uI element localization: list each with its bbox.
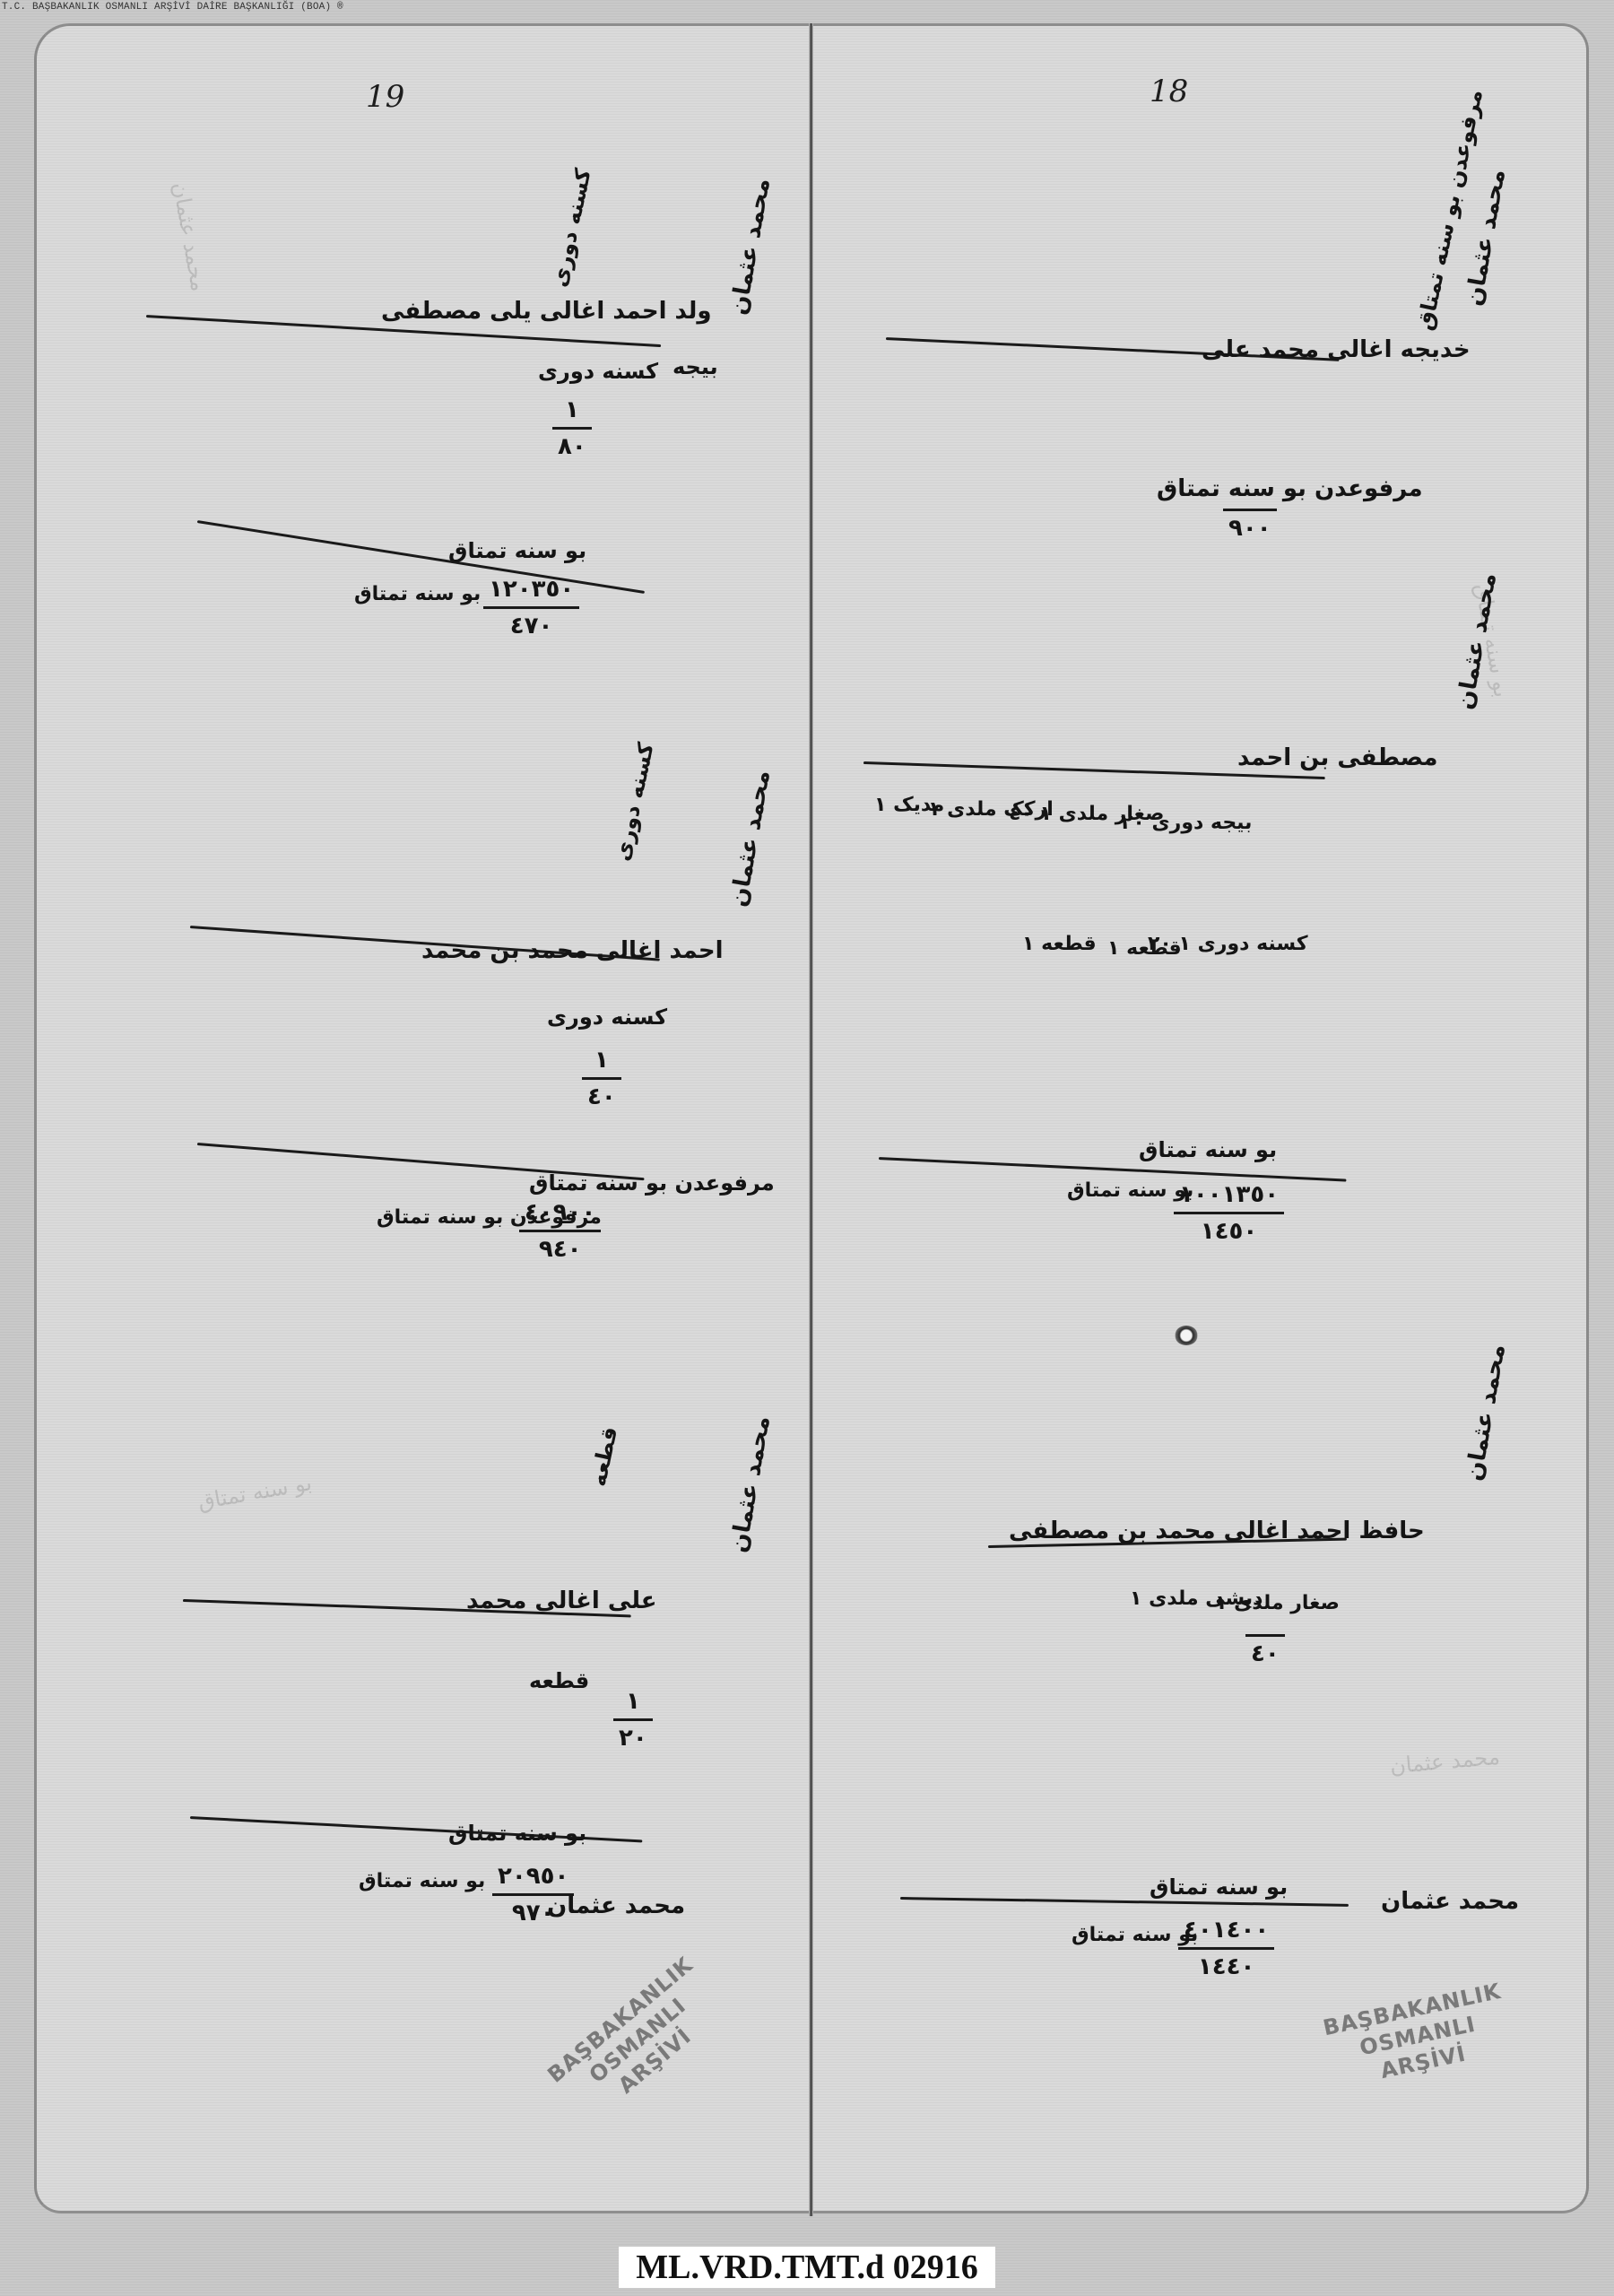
total-label: بو سنه تمتاق <box>448 538 586 563</box>
total-figures: ٤٠٩٠٠٩٤٠ <box>525 1197 595 1265</box>
entry-name-line: مصطفی بن احمد <box>1237 744 1437 771</box>
entry-item-value: ۱۸۰ <box>558 395 586 462</box>
entry-item-value: ٤٠ <box>1251 1632 1280 1669</box>
entry-item: دیشی ملدی ۱ <box>1130 1587 1263 1610</box>
entry-item-value: ۱۲۰ <box>619 1686 647 1753</box>
total-label: مرفوعدن بو سنه تمتاق <box>1157 475 1423 502</box>
entry-item: بیجه <box>672 354 718 379</box>
page-number-left: 19 <box>366 79 404 115</box>
total-label-secondary: بو سنه تمتاق <box>1067 1179 1193 1202</box>
entry-item-value: ۱٤٠ <box>587 1045 616 1112</box>
entry-name-line: علی اغالی محمد <box>466 1587 657 1614</box>
entry-item: قطعه ۱ <box>1022 933 1097 955</box>
entry-item: بیجه دوری ۲۰ <box>1121 812 1252 834</box>
page-number-right: 18 <box>1150 74 1188 109</box>
entry-name-line: ولد احمد اغالی یلی مصطفی <box>381 298 712 325</box>
total-label: بو سنه تمتاق <box>1150 1874 1288 1900</box>
total-label: مرفوعدن بو سنه تمتاق <box>529 1170 775 1196</box>
entry-name-line: خدیجه اغالی محمد علی <box>1202 336 1471 363</box>
entry-item: قطعه ۱ <box>1107 937 1182 960</box>
signature: محمد عثمان <box>1381 1888 1519 1915</box>
archive-header-text: T.C. BAŞBAKANLIK OSMANLI ARŞİVİ DAİRE BA… <box>2 2 343 13</box>
entry-item: قطعه <box>529 1668 589 1693</box>
total-figures: ١٢٠٣٥٠٤٧٠ <box>489 574 574 641</box>
total-label-secondary: بو سنه تمتاق <box>1072 1924 1198 1946</box>
entry-item: کسنه دوری <box>538 359 658 384</box>
total-figures: ٤٠١٤٠٠١٤٤٠ <box>1184 1915 1269 1982</box>
total-label-secondary: بو سنه تمتاق <box>354 583 481 605</box>
total-figures: ١٠٠١٣٥٠١٤٥٠ <box>1179 1179 1279 1247</box>
entry-name-line: حافظ احمد اغالی محمد بن مصطفی <box>1009 1518 1425 1544</box>
total-label: بو سنه تمتاق <box>1139 1137 1277 1162</box>
total-figures: ٩٠٠ <box>1228 507 1271 544</box>
call-number-label: ML.VRD.TMT.d 02916 <box>619 2247 995 2288</box>
total-label: بو سنه تمتاق <box>448 1821 586 1846</box>
entry-name-line: احمد اغالی محمد بن محمد <box>421 937 724 964</box>
entry-item: کسنه دوری <box>547 1004 667 1030</box>
ink-blot <box>1175 1326 1198 1345</box>
signature-left: محمد عثمان <box>547 1892 685 1919</box>
total-label-secondary: بو سنه تمتاق <box>359 1870 485 1892</box>
binding-fold <box>809 23 813 2216</box>
